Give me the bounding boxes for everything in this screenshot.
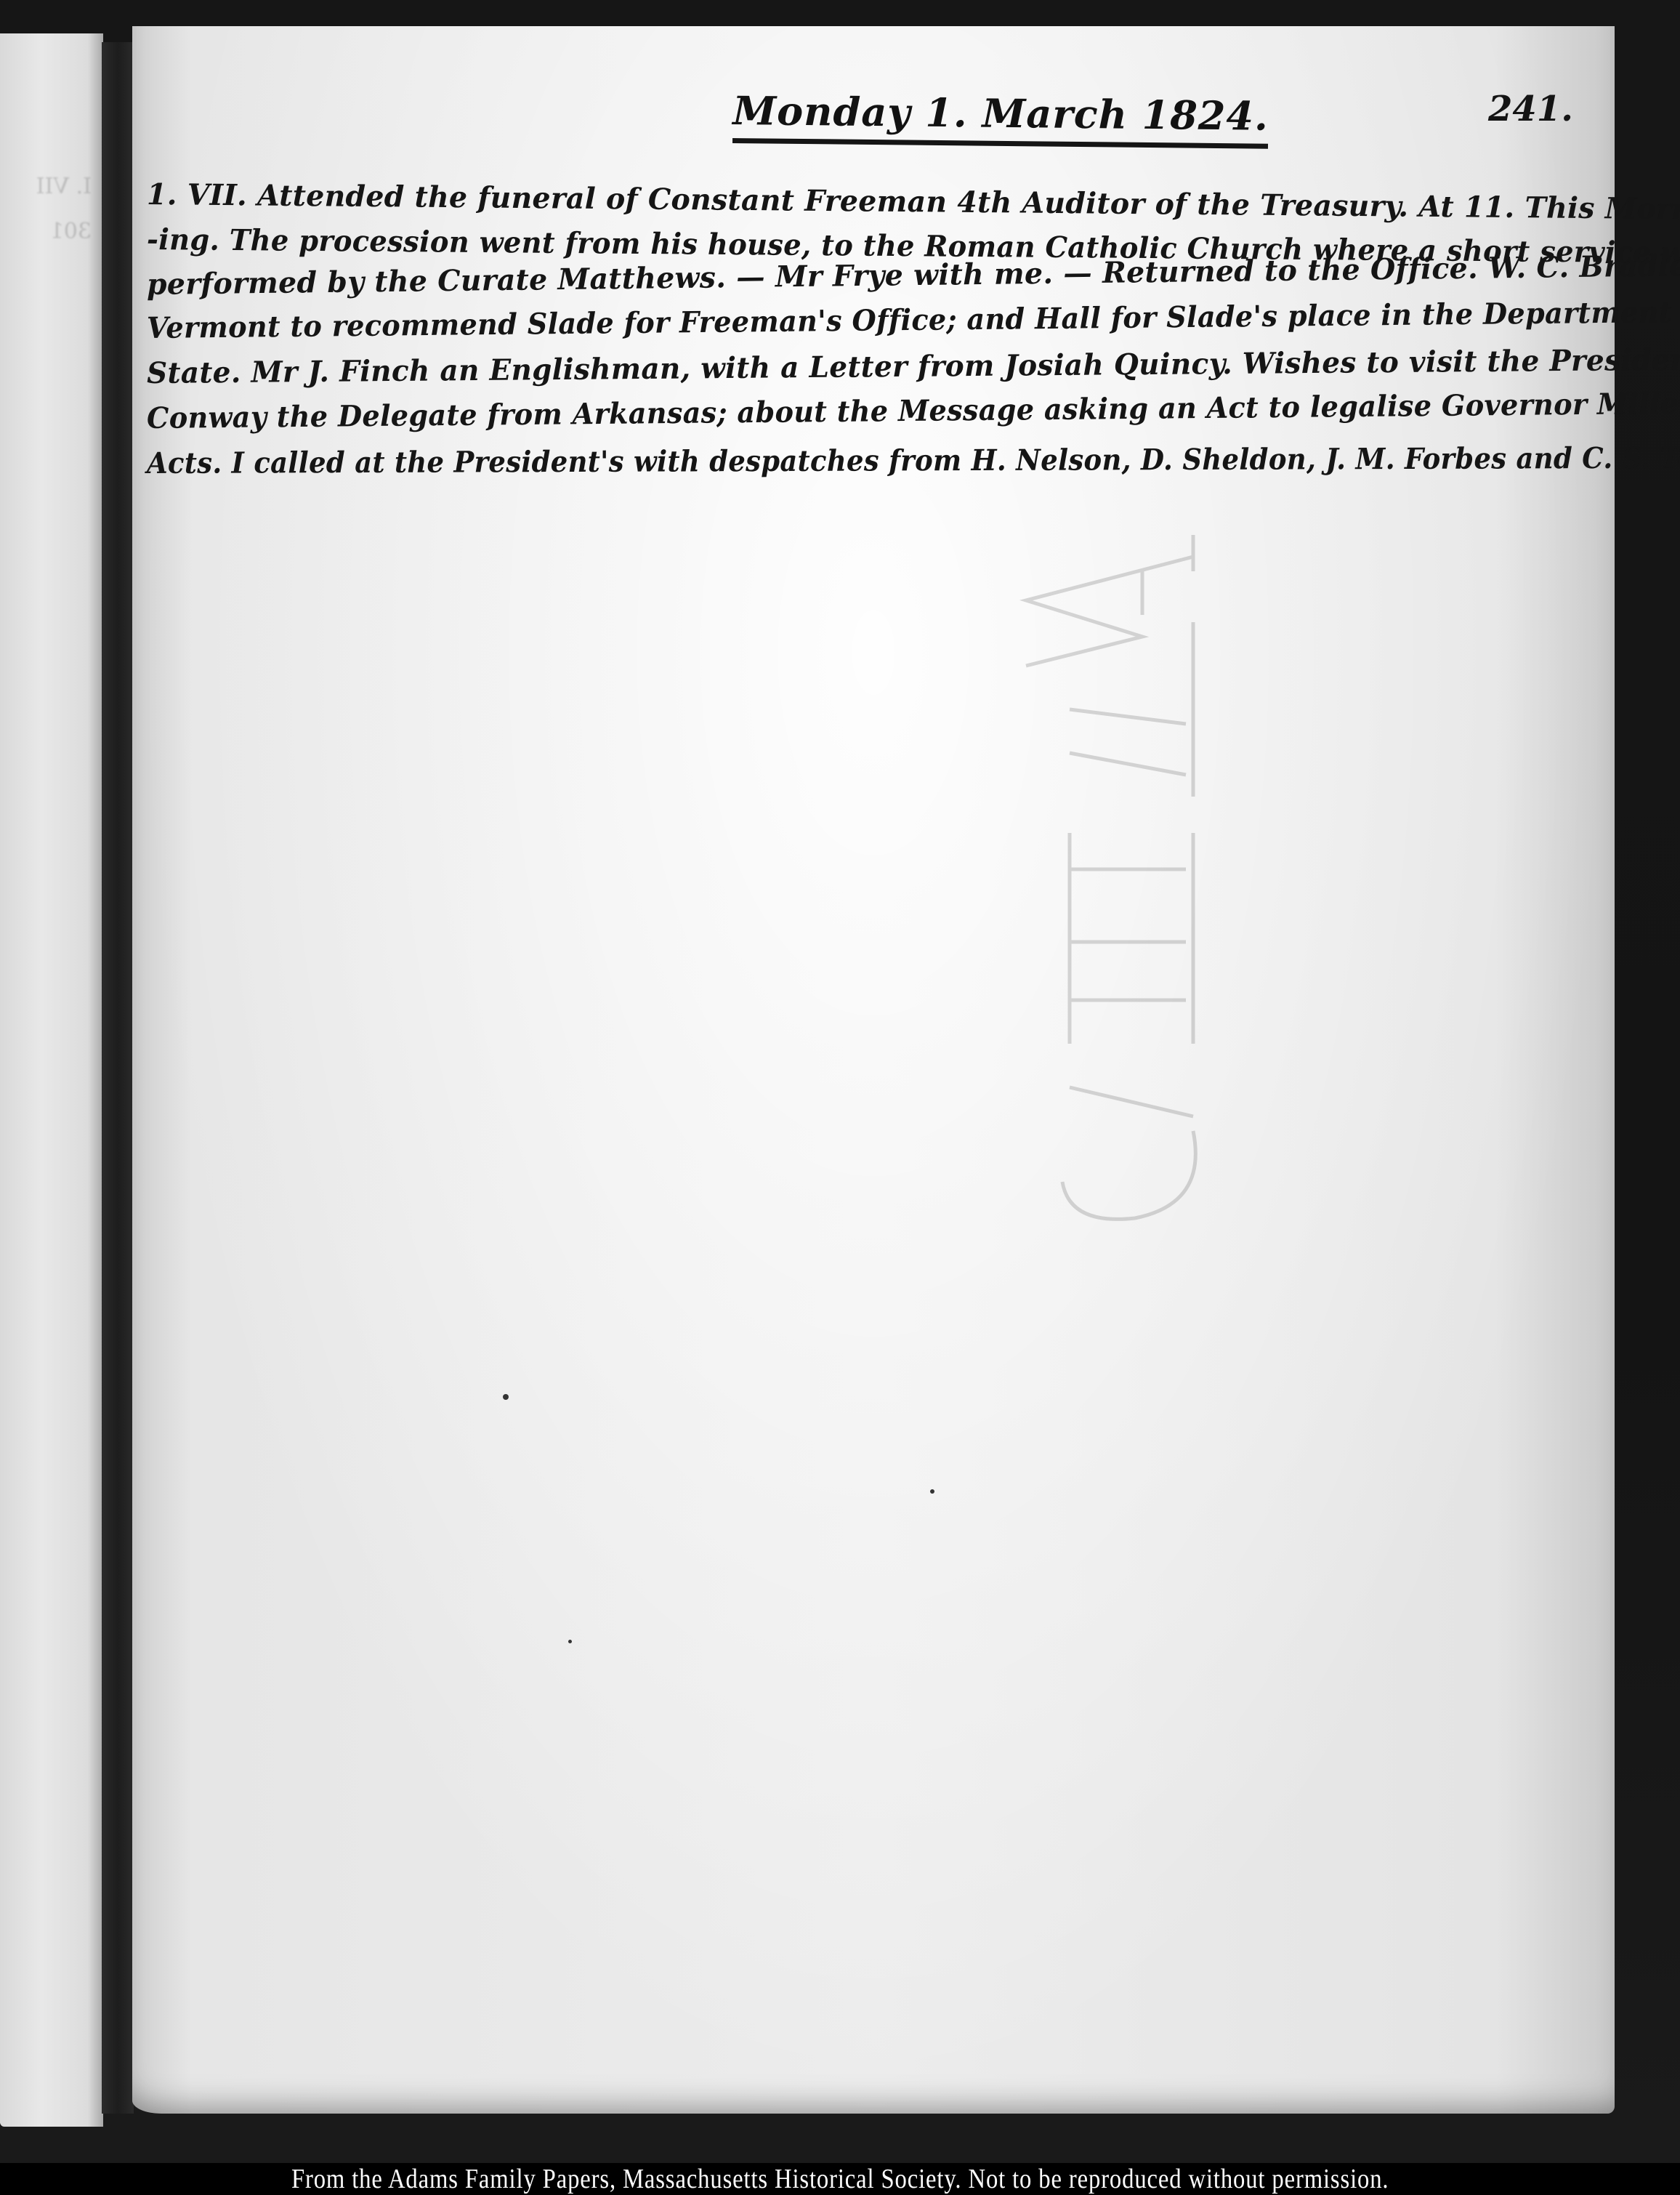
copyright-caption-bar: From the Adams Family Papers, Massachuse… [0,2163,1680,2195]
page-heading: Monday 1. March 1824. [732,87,1269,149]
binding-gutter [102,42,134,2114]
entry-line-7: Acts. I called at the President's with d… [147,440,1680,480]
entry-line-5: State. Mr J. Finch an Englishman, with a… [147,342,1680,390]
ink-speck [930,1489,934,1494]
entry-line-4: Vermont to recommend Slade for Freeman's… [147,294,1680,345]
facing-page: I. VII 301 [0,33,103,2127]
copyright-caption: From the Adams Family Papers, Massachuse… [291,2163,1389,2195]
page-number: 241. [1488,89,1573,129]
entry-line-6: Conway the Delegate from Arkansas; about… [147,386,1680,435]
ink-speck [503,1394,509,1400]
facing-page-bleed-text: I. VII 301 [4,164,92,254]
manuscript-page: Monday 1. March 1824. 241. 1. VII. Atten… [132,26,1615,2114]
ink-speck [568,1640,572,1643]
entry-line-1: 1. VII. Attended the funeral of Constant… [147,177,1680,227]
paper-watermark-icon [975,491,1208,1334]
